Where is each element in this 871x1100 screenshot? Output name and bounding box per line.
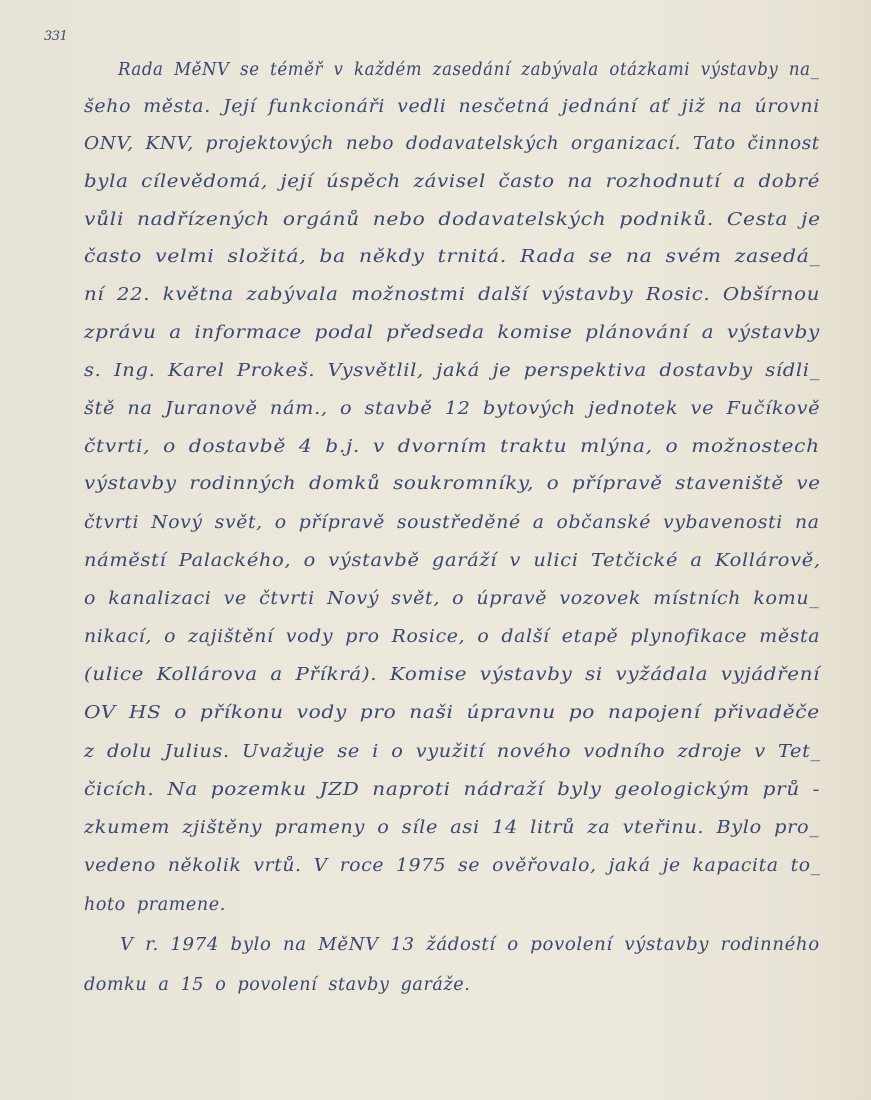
text-line: zkumem zjištěny prameny o síle asi 14 li…: [84, 818, 820, 838]
text-line: čicích. Na pozemku JZD naproti nádraží b…: [84, 780, 820, 800]
page-number: 331: [44, 29, 67, 44]
text-line: čtvrti Nový svět, o přípravě soustředěné…: [84, 513, 820, 533]
text-line: vůli nadřízených orgánů nebo dodavatelsk…: [84, 210, 821, 230]
text-line: o kanalizaci ve čtvrti Nový svět, o úpra…: [84, 589, 819, 609]
text-line: OV HS o příkonu vody pro naši úpravnu po…: [84, 703, 820, 723]
text-line: často velmi složitá, ba někdy trnitá. Ra…: [84, 247, 820, 267]
text-line: nikací, o zajištění vody pro Rosice, o d…: [84, 627, 820, 647]
text-line: ště na Juranově nám., o stavbě 12 bytový…: [84, 399, 820, 419]
text-line: byla cílevědomá, její úspěch závisel čas…: [84, 172, 820, 192]
text-line: ONV, KNV, projektových nebo dodavatelský…: [84, 134, 820, 154]
text-line: výstavby rodinných domků soukromníky, o …: [84, 474, 821, 494]
text-line: hoto pramene.: [84, 895, 226, 915]
text-line: Rada MěNV se téměř v každém zasedání zab…: [118, 60, 819, 80]
text-line: šeho města. Její funkcionáři vedli nesče…: [84, 97, 820, 117]
text-line: (ulice Kollárova a Příkrá). Komise výsta…: [84, 665, 820, 685]
text-line: vedeno několik vrtů. V roce 1975 se ověř…: [84, 856, 821, 876]
chronicle-page: 331 Rada MěNV se téměř v každém zasedání…: [0, 0, 871, 1100]
text-line: z dolu Julius. Uvažuje se i o využití no…: [84, 742, 821, 762]
text-line: zprávu a informace podal předseda komise…: [84, 323, 820, 343]
text-line: domku a 15 o povolení stavby garáže.: [84, 975, 470, 995]
text-line: V r. 1974 bylo na MěNV 13 žádostí o povo…: [120, 935, 820, 955]
text-line: s. Ing. Karel Prokeš. Vysvětlil, jaká je…: [84, 361, 820, 381]
text-line: čtvrti, o dostavbě 4 b.j. v dvorním trak…: [84, 437, 820, 457]
text-line: ní 22. května zabývala možnostmi další v…: [84, 285, 820, 305]
text-line: náměstí Palackého, o výstavbě garáží v u…: [84, 551, 821, 571]
